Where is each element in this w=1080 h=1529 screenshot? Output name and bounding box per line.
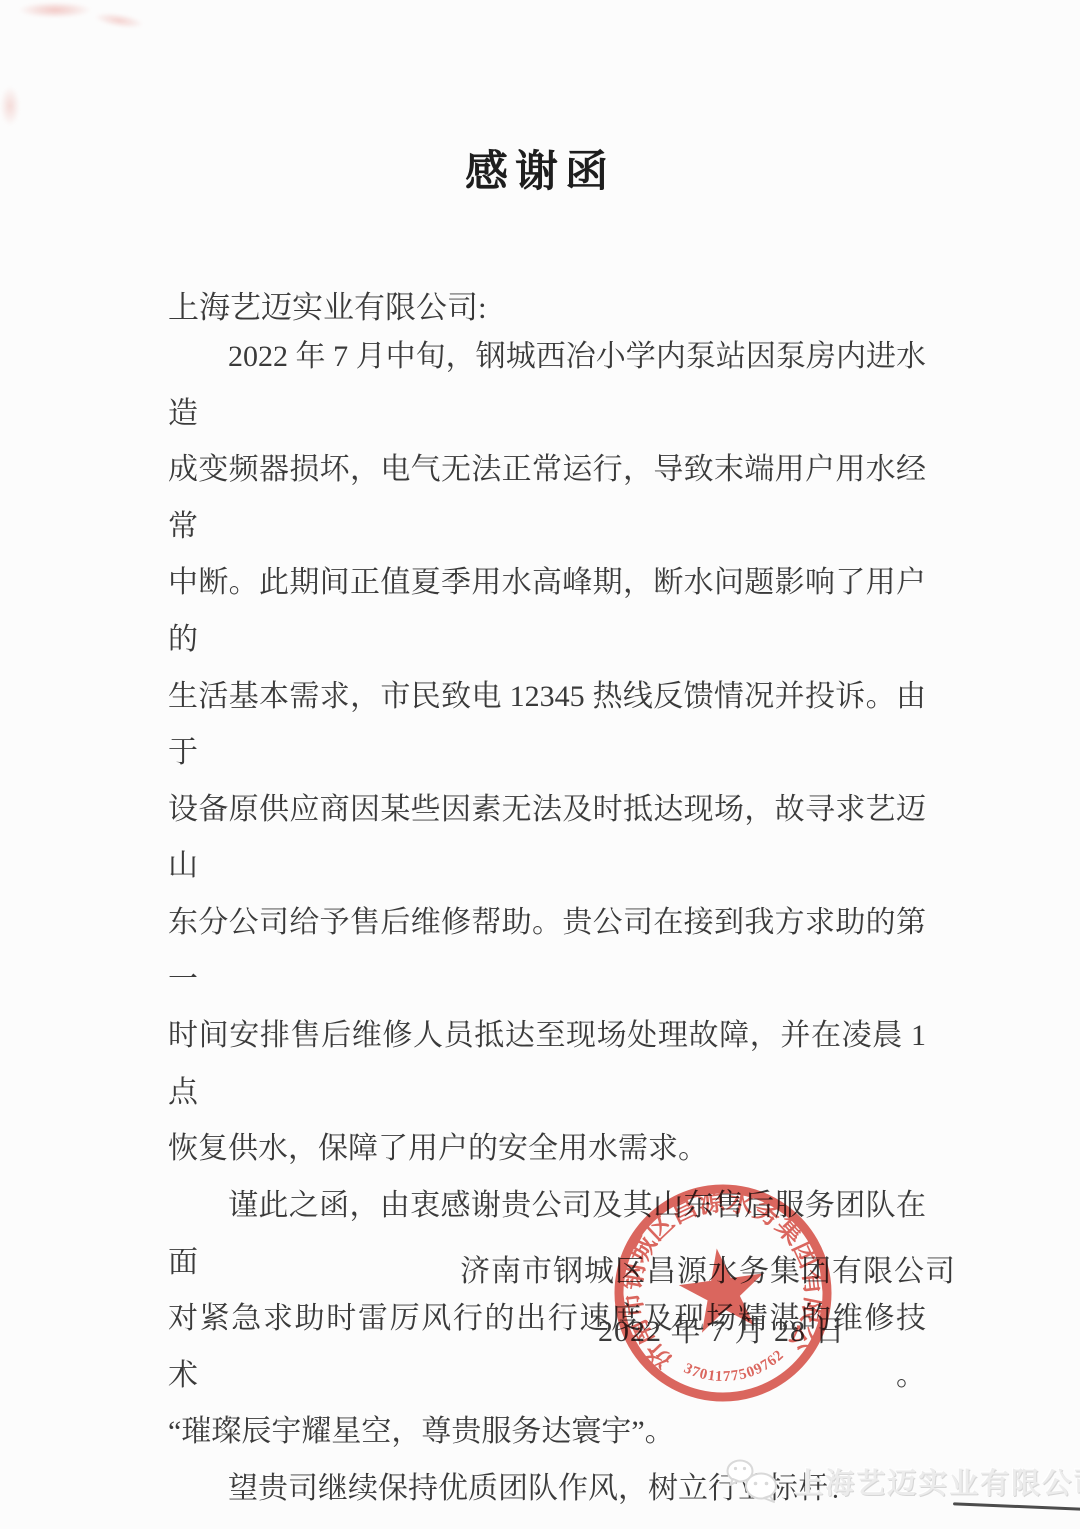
- footer-watermark: 上海艺迈实业有限公司: [724, 1458, 1080, 1504]
- scanned-letter-page: 感谢函 上海艺迈实业有限公司: 2022 年 7 月中旬，钢城西冶小学内泵站因泵…: [0, 0, 1080, 1529]
- red-scan-smudge: [18, 2, 92, 18]
- watermark-company-text: 上海艺迈实业有限公司: [794, 1461, 1080, 1502]
- letter-salutation: 上海艺迈实业有限公司:: [168, 282, 928, 327]
- body-line: 2022 年 7 月中旬，钢城西冶小学内泵站因泵房内进水造: [168, 329, 926, 442]
- letter-title: 感谢函: [0, 138, 1080, 199]
- signature-date: 2022 年 7 月 28 日: [598, 1306, 846, 1350]
- body-line: 生活基本需求，市民致电 12345 热线反馈情况并投诉。由于: [168, 669, 926, 782]
- red-scan-smudge: [0, 86, 20, 126]
- body-line: 设备原供应商因某些因素无法及时抵达现场，故寻求艺迈山: [168, 782, 926, 895]
- signature-company: 济南市钢城区昌源水务集团有限公司: [460, 1246, 956, 1290]
- body-line: 恢复供水，保障了用户的安全用水需求。: [168, 1121, 926, 1178]
- body-line: 东分公司给予售后维修帮助。贵公司在接到我方求助的第一: [168, 895, 926, 1008]
- body-line: “璀璨辰宇耀星空，尊贵服务达寰宇”。: [168, 1404, 926, 1461]
- body-line: 成变频器损坏，电气无法正常运行，导致末端用户用水经常: [168, 442, 926, 555]
- body-line: 中断。此期间正值夏季用水高峰期，断水问题影响了用户的: [168, 555, 926, 668]
- wechat-icon: [724, 1458, 786, 1504]
- red-scan-smudge: [93, 10, 144, 31]
- body-line: 时间安排售后维修人员抵达至现场处理故障，并在凌晨 1 点: [168, 1008, 926, 1121]
